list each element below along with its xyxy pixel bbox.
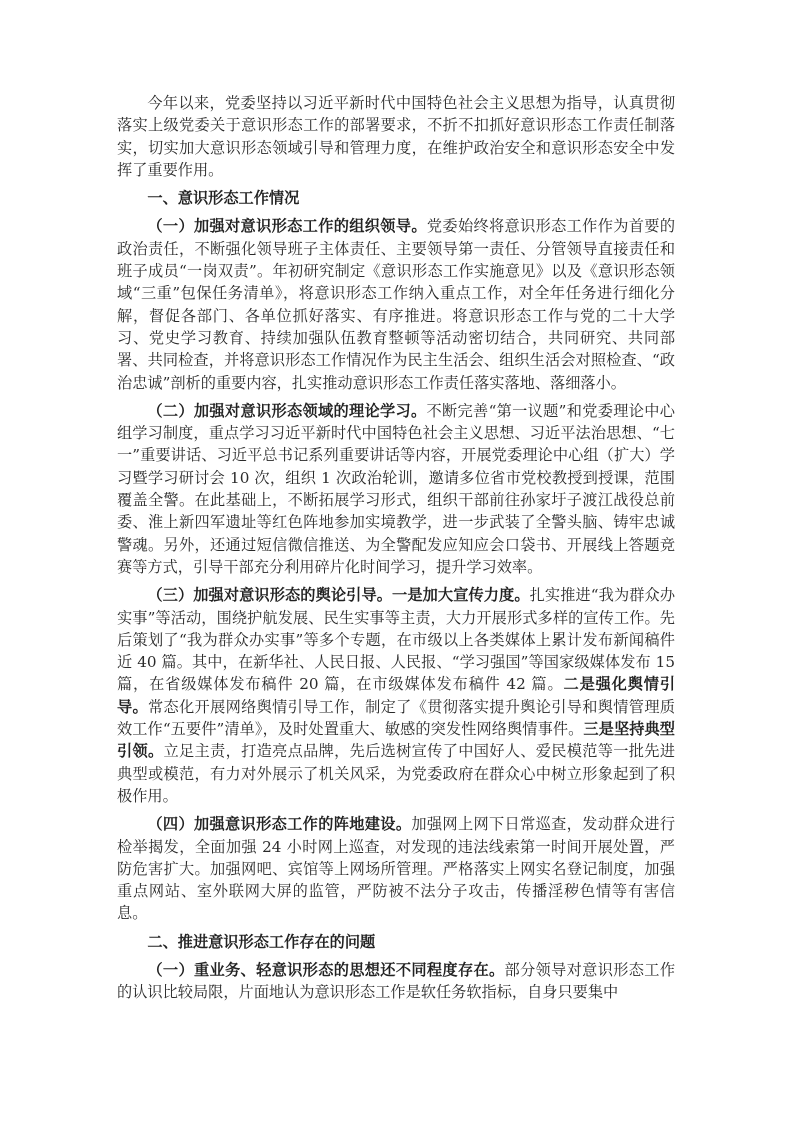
subpoint-text-3: 立足主责，打造亮点品牌，先后选树宣传了中国好人、爱民模范等一批先进典型或模范，有… — [117, 742, 675, 805]
section1-item-4: （四）加强意识形态工作的阵地建设。加强网上网下日常巡查，发动群众进行检举揭发，全… — [117, 813, 675, 924]
item-body: 不断完善“第一议题”和党委理论中心组学习制度，重点学习习近平新时代中国特色社会主… — [117, 402, 675, 576]
subpoint-lead-1: 一是加大宣传力度。 — [392, 586, 530, 604]
item-lead: （四）加强意识形态工作的阵地建设。 — [147, 815, 411, 833]
section2-item-1: （一）重业务、轻意识形态的思想还不同程度存在。部分领导对意识形态工作的认识比较局… — [117, 959, 675, 1004]
item-lead: （一）重业务、轻意识形态的思想还不同程度存在。 — [147, 961, 504, 979]
item-lead: （三）加强对意识形态的舆论引导。 — [147, 586, 392, 604]
section1-item-2: （二）加强对意识形态领域的理论学习。不断完善“第一议题”和党委理论中心组学习制度… — [117, 400, 675, 578]
document-page: 今年以来，党委坚持以习近平新时代中国特色社会主义思想为指导，认真贯彻落实上级党委… — [117, 92, 675, 1010]
item-lead: （一）加强对意识形态工作的组织领导。 — [147, 217, 427, 235]
section1-item-1: （一）加强对意识形态工作的组织领导。党委始终将意识形态工作作为首要的政治责任，不… — [117, 215, 675, 393]
section-heading-1: 一、意识形态工作情况 — [117, 187, 675, 209]
section-heading-2: 二、推进意识形态工作存在的问题 — [117, 931, 675, 953]
item-lead: （二）加强对意识形态领域的理论学习。 — [147, 402, 426, 420]
intro-paragraph: 今年以来，党委坚持以习近平新时代中国特色社会主义思想为指导，认真贯彻落实上级党委… — [117, 92, 675, 181]
item-body: 党委始终将意识形态工作作为首要的政治责任，不断强化领导班子主体责任、主要领导第一… — [117, 217, 675, 391]
section1-item-3: （三）加强对意识形态的舆论引导。一是加大宣传力度。扎实推进“我为群众办实事”等活… — [117, 584, 675, 807]
